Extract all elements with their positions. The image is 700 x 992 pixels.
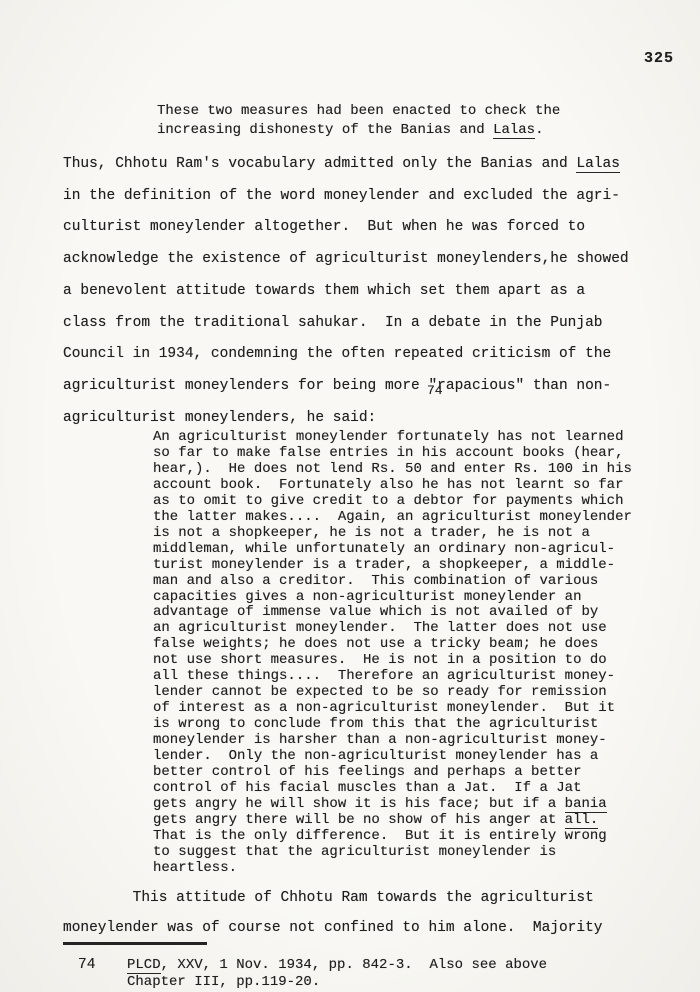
block-quote: An agriculturist moneylender fortunately… xyxy=(153,430,632,877)
text-segment: moneylender was of course not confined t… xyxy=(63,920,603,936)
text-line: gets angry he will show it is his face; … xyxy=(153,797,632,813)
text-line: all these things.... Therefore an agricu… xyxy=(153,669,632,685)
text-segment: gets angry there will be no show of his … xyxy=(153,812,565,828)
text-segment: gets angry he will show it is his face; … xyxy=(153,796,565,812)
text-line: control of his facial muscles than a Jat… xyxy=(153,781,632,797)
text-line: so far to make false entries in his acco… xyxy=(153,446,632,462)
text-segment: capacities gives a non-agriculturist mon… xyxy=(153,589,581,605)
text-segment: better control of his feelings and perha… xyxy=(153,764,581,780)
text-segment: This attitude of Chhotu Ram towards the … xyxy=(63,890,594,906)
text-line: false weights; he does not use a tricky … xyxy=(153,637,632,653)
text-segment: in the definition of the word moneylende… xyxy=(63,188,620,204)
underlined-text: PLCD xyxy=(127,957,161,974)
text-segment: heartless. xyxy=(153,860,237,876)
text-line: lender cannot be expected to be so ready… xyxy=(153,685,632,701)
text-line: man and also a creditor. This combinatio… xyxy=(153,574,632,590)
text-segment: to suggest that the agriculturist moneyl… xyxy=(153,844,556,860)
underlined-text: bania xyxy=(565,796,607,813)
text-line: These two measures had been enacted to c… xyxy=(157,102,560,121)
text-line: hear,). He does not lend Rs. 50 and ente… xyxy=(153,462,632,478)
text-segment: agriculturist moneylenders for being mor… xyxy=(63,378,611,394)
text-segment: false weights; he does not use a tricky … xyxy=(153,636,598,652)
text-line: to suggest that the agriculturist moneyl… xyxy=(153,845,632,861)
footnote-reference: 74 xyxy=(427,384,443,397)
underlined-text: Lalas xyxy=(576,156,620,173)
text-segment: Chapter III, pp.119-20. xyxy=(127,974,320,990)
text-segment: a benevolent attitude towards them which… xyxy=(63,283,585,299)
text-line: in the definition of the word moneylende… xyxy=(63,181,629,213)
text-segment: moneylender is harsher than a non-agricu… xyxy=(153,732,607,748)
text-segment: increasing dishonesty of the Banias and xyxy=(157,122,493,138)
text-line: account book. Fortunately also he has no… xyxy=(153,478,632,494)
text-segment: lender cannot be expected to be so ready… xyxy=(153,684,607,700)
text-segment: Council in 1934, condemning the often re… xyxy=(63,346,611,362)
text-line: gets angry there will be no show of his … xyxy=(153,813,632,829)
text-segment: acknowledge the existence of agriculturi… xyxy=(63,251,629,267)
text-line: not use short measures. He is not in a p… xyxy=(153,653,632,669)
text-segment: is not a shopkeeper, he is not a trader,… xyxy=(153,525,590,541)
body-paragraph-1: 74 Thus, Chhotu Ram's vocabulary admitte… xyxy=(63,149,629,434)
text-line: Council in 1934, condemning the often re… xyxy=(63,339,629,371)
footnote-marker: 74 xyxy=(78,957,95,973)
text-line: is not a shopkeeper, he is not a trader,… xyxy=(153,526,632,542)
text-line: PLCD, XXV, 1 Nov. 1934, pp. 842-3. Also … xyxy=(127,957,547,974)
text-segment: agriculturist moneylenders, he said: xyxy=(63,410,376,426)
text-line: a benevolent attitude towards them which… xyxy=(63,276,629,308)
intro-quote: These two measures had been enacted to c… xyxy=(157,102,560,139)
text-line: the latter makes.... Again, an agricultu… xyxy=(153,510,632,526)
text-line: middleman, while unfortunately an ordina… xyxy=(153,542,632,558)
text-segment: control of his facial muscles than a Jat… xyxy=(153,780,581,796)
text-segment: so far to make false entries in his acco… xyxy=(153,445,623,461)
text-line: an agriculturist moneylender. The latter… xyxy=(153,621,632,637)
text-line: as to omit to give credit to a debtor fo… xyxy=(153,494,632,510)
text-segment: the latter makes.... Again, an agricultu… xyxy=(153,509,632,525)
text-line: acknowledge the existence of agriculturi… xyxy=(63,244,629,276)
text-line: is wrong to conclude from this that the … xyxy=(153,717,632,733)
text-segment: advantage of immense value which is not … xyxy=(153,604,598,620)
text-line: better control of his feelings and perha… xyxy=(153,765,632,781)
text-segment: middleman, while unfortunately an ordina… xyxy=(153,541,615,557)
text-line: heartless. xyxy=(153,861,632,877)
text-segment: An agriculturist moneylender fortunately… xyxy=(153,429,623,445)
text-segment: Thus, Chhotu Ram's vocabulary admitted o… xyxy=(63,156,576,172)
text-line: Thus, Chhotu Ram's vocabulary admitted o… xyxy=(63,149,629,181)
text-segment: an agriculturist moneylender. The latter… xyxy=(153,620,607,636)
footnote-text: PLCD, XXV, 1 Nov. 1934, pp. 842-3. Also … xyxy=(127,957,547,991)
text-segment: class from the traditional sahukar. In a… xyxy=(63,315,603,331)
text-line: moneylender was of course not confined t… xyxy=(63,913,603,943)
text-line: This attitude of Chhotu Ram towards the … xyxy=(63,883,603,913)
text-segment: of interest as a non-agriculturist money… xyxy=(153,700,615,716)
text-segment: . xyxy=(535,122,543,138)
text-line: of interest as a non-agriculturist money… xyxy=(153,701,632,717)
text-segment: turist moneylender is a trader, a shopke… xyxy=(153,557,615,573)
footnote-divider xyxy=(63,942,207,945)
text-line: moneylender is harsher than a non-agricu… xyxy=(153,733,632,749)
text-segment: is wrong to conclude from this that the … xyxy=(153,716,598,732)
text-segment: That is the only difference. But it is e… xyxy=(153,828,607,844)
text-segment: all these things.... Therefore an agricu… xyxy=(153,668,615,684)
underlined-text: all. xyxy=(565,812,599,829)
document-page: { "page": { "number": "325" }, "intro_qu… xyxy=(0,0,700,992)
text-segment: not use short measures. He is not in a p… xyxy=(153,652,607,668)
body-paragraph-2: This attitude of Chhotu Ram towards the … xyxy=(63,883,603,943)
text-segment: culturist moneylender altogether. But wh… xyxy=(63,219,585,235)
text-segment: as to omit to give credit to a debtor fo… xyxy=(153,493,623,509)
text-line: turist moneylender is a trader, a shopke… xyxy=(153,558,632,574)
text-line: increasing dishonesty of the Banias and … xyxy=(157,121,560,140)
text-segment: These two measures had been enacted to c… xyxy=(157,103,560,119)
text-line: Chapter III, pp.119-20. xyxy=(127,974,547,991)
underlined-text: Lalas xyxy=(493,122,535,139)
text-segment: lender. Only the non-agriculturist money… xyxy=(153,748,598,764)
text-segment: account book. Fortunately also he has no… xyxy=(153,477,623,493)
text-line: An agriculturist moneylender fortunately… xyxy=(153,430,632,446)
page-number: 325 xyxy=(644,50,674,67)
text-line: agriculturist moneylenders for being mor… xyxy=(63,371,629,403)
text-segment: hear,). He does not lend Rs. 50 and ente… xyxy=(153,461,632,477)
text-line: class from the traditional sahukar. In a… xyxy=(63,308,629,340)
text-line: That is the only difference. But it is e… xyxy=(153,829,632,845)
text-segment: , XXV, 1 Nov. 1934, pp. 842-3. Also see … xyxy=(161,957,547,973)
text-line: culturist moneylender altogether. But wh… xyxy=(63,212,629,244)
text-line: lender. Only the non-agriculturist money… xyxy=(153,749,632,765)
text-segment: man and also a creditor. This combinatio… xyxy=(153,573,598,589)
